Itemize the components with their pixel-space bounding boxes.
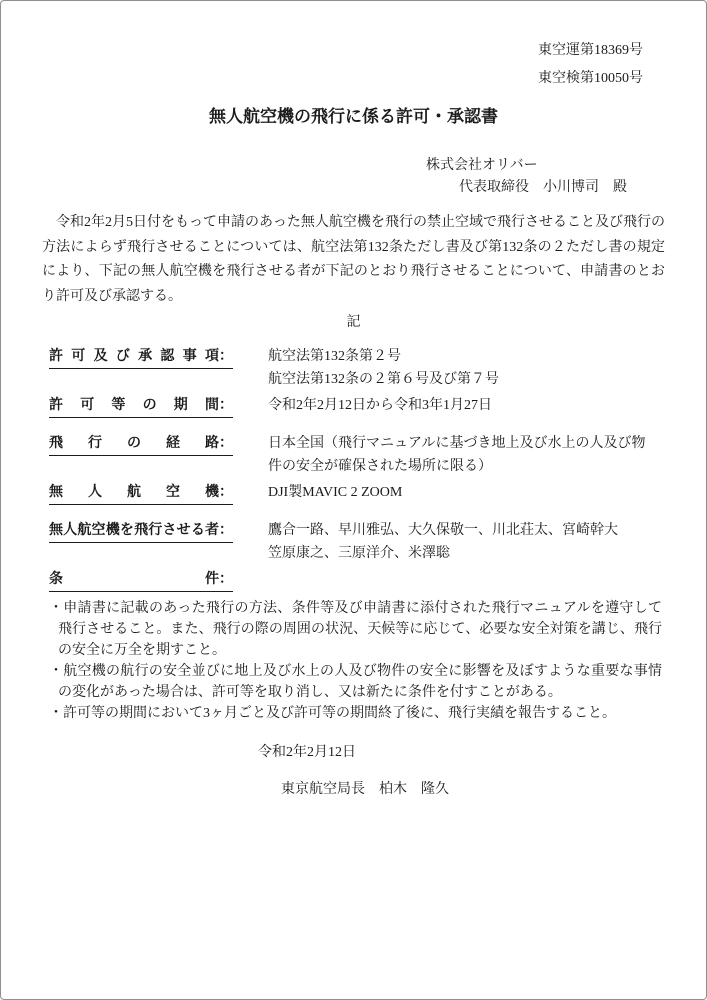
item-value-line: 笠原康之、三原洋介、米澤聡 [268,542,656,565]
item-value-line: 鷹合一路、早川雅弘、大久保敬一、川北荘太、宮崎幹大 [268,519,656,542]
addressee-representative: 代表取締役 小川博司 殿 [459,177,706,199]
item-label: 条件 [49,568,219,591]
item-row-approval-matters: 許可及び承認事項： 航空法第132条第２号 航空法第132条の２第６号及び第７号 [49,345,706,391]
item-row-uav: 無人航空機： DJI製MAVIC 2 ZOOM [49,481,706,505]
item-label: 飛行の経路 [49,432,219,455]
item-label-underline: 許可等の期間： [49,394,233,418]
item-value-col: 令和2年2月12日から令和3年1月27日 [268,394,656,418]
item-label-col: 無人航空機を飛行させる者： [49,519,268,565]
item-value-col [268,568,656,592]
item-colon: ： [219,345,233,368]
doc-number-ken: 東空検第10050号 [538,65,706,93]
item-value-line: DJI製MAVIC 2 ZOOM [268,481,656,504]
item-label-col: 許可及び承認事項： [49,345,268,391]
item-value-line: 令和2年2月12日から令和3年1月27日 [268,394,656,417]
document-title: 無人航空機の飛行に係る許可・承認書 [1,105,706,129]
condition-item: ・申請書に記載のあった飛行の方法、条件等及び申請書に添付された飛行マニュアルを遵… [49,598,662,661]
item-value-line: 航空法第132条の２第６号及び第７号 [268,368,656,391]
item-value-col: DJI製MAVIC 2 ZOOM [268,481,656,505]
permit-document-page: 東空運第18369号 東空検第10050号 無人航空機の飛行に係る許可・承認書 … [0,0,707,1000]
item-label-underline: 無人航空機を飛行させる者： [49,519,233,543]
body-paragraph: 令和2年2月5日付をもって申請のあった無人航空機を飛行の禁止空域で飛行させること… [42,211,665,309]
item-label: 無人航空機 [49,481,219,504]
section-marker-ki: 記 [1,312,706,334]
item-label-col: 無人航空機： [49,481,268,505]
item-value-col: 日本全国（飛行マニュアルに基づき地上及び水上の人及び物件の安全が確保された場所に… [268,432,656,478]
item-label: 無人航空機を飛行させる者 [49,519,219,542]
issuer-signature: 東京航空局長 柏木 隆久 [281,779,706,801]
item-row-operators: 無人航空機を飛行させる者： 鷹合一路、早川雅弘、大久保敬一、川北荘太、宮崎幹大 … [49,519,706,565]
condition-item: ・航空機の航行の安全並びに地上及び水上の人及び物件の安全に影響を及ぼすような重要… [49,661,662,703]
item-colon: ： [219,481,233,504]
item-row-permit-period: 許可等の期間： 令和2年2月12日から令和3年1月27日 [49,394,706,418]
item-colon: ： [219,394,233,417]
item-colon: ： [219,432,233,455]
item-label-col: 許可等の期間： [49,394,268,418]
item-value-col: 航空法第132条第２号 航空法第132条の２第６号及び第７号 [268,345,656,391]
item-value-line: 日本全国（飛行マニュアルに基づき地上及び水上の人及び物件の安全が確保された場所に… [268,432,656,478]
item-colon: ： [219,519,233,542]
item-row-flight-route: 飛行の経路： 日本全国（飛行マニュアルに基づき地上及び水上の人及び物件の安全が確… [49,432,706,478]
items-section: 許可及び承認事項： 航空法第132条第２号 航空法第132条の２第６号及び第７号… [49,345,706,592]
item-label-col: 条件： [49,568,268,592]
item-colon: ： [219,568,233,591]
item-label-underline: 飛行の経路： [49,432,233,456]
addressee-block: 株式会社オリバー 代表取締役 小川博司 殿 [426,155,706,199]
doc-number-block: 東空運第18369号 東空検第10050号 [538,37,706,93]
item-value-line: 航空法第132条第２号 [268,345,656,368]
item-row-conditions: 条件： [49,568,706,592]
item-label-underline: 許可及び承認事項： [49,345,233,369]
conditions-list: ・申請書に記載のあった飛行の方法、条件等及び申請書に添付された飛行マニュアルを遵… [49,598,662,724]
item-label: 許可及び承認事項 [49,345,219,368]
item-label-col: 飛行の経路： [49,432,268,478]
item-label-underline: 条件： [49,568,233,592]
item-label: 許可等の期間 [49,394,219,417]
doc-number-unyu: 東空運第18369号 [538,37,706,65]
addressee-company: 株式会社オリバー [426,155,706,177]
item-label-underline: 無人航空機： [49,481,233,505]
condition-item: ・許可等の期間において3ヶ月ごと及び許可等の期間終了後に、飛行実績を報告すること… [49,703,662,724]
issue-date: 令和2年2月12日 [258,742,706,764]
item-value-col: 鷹合一路、早川雅弘、大久保敬一、川北荘太、宮崎幹大 笠原康之、三原洋介、米澤聡 [268,519,656,565]
